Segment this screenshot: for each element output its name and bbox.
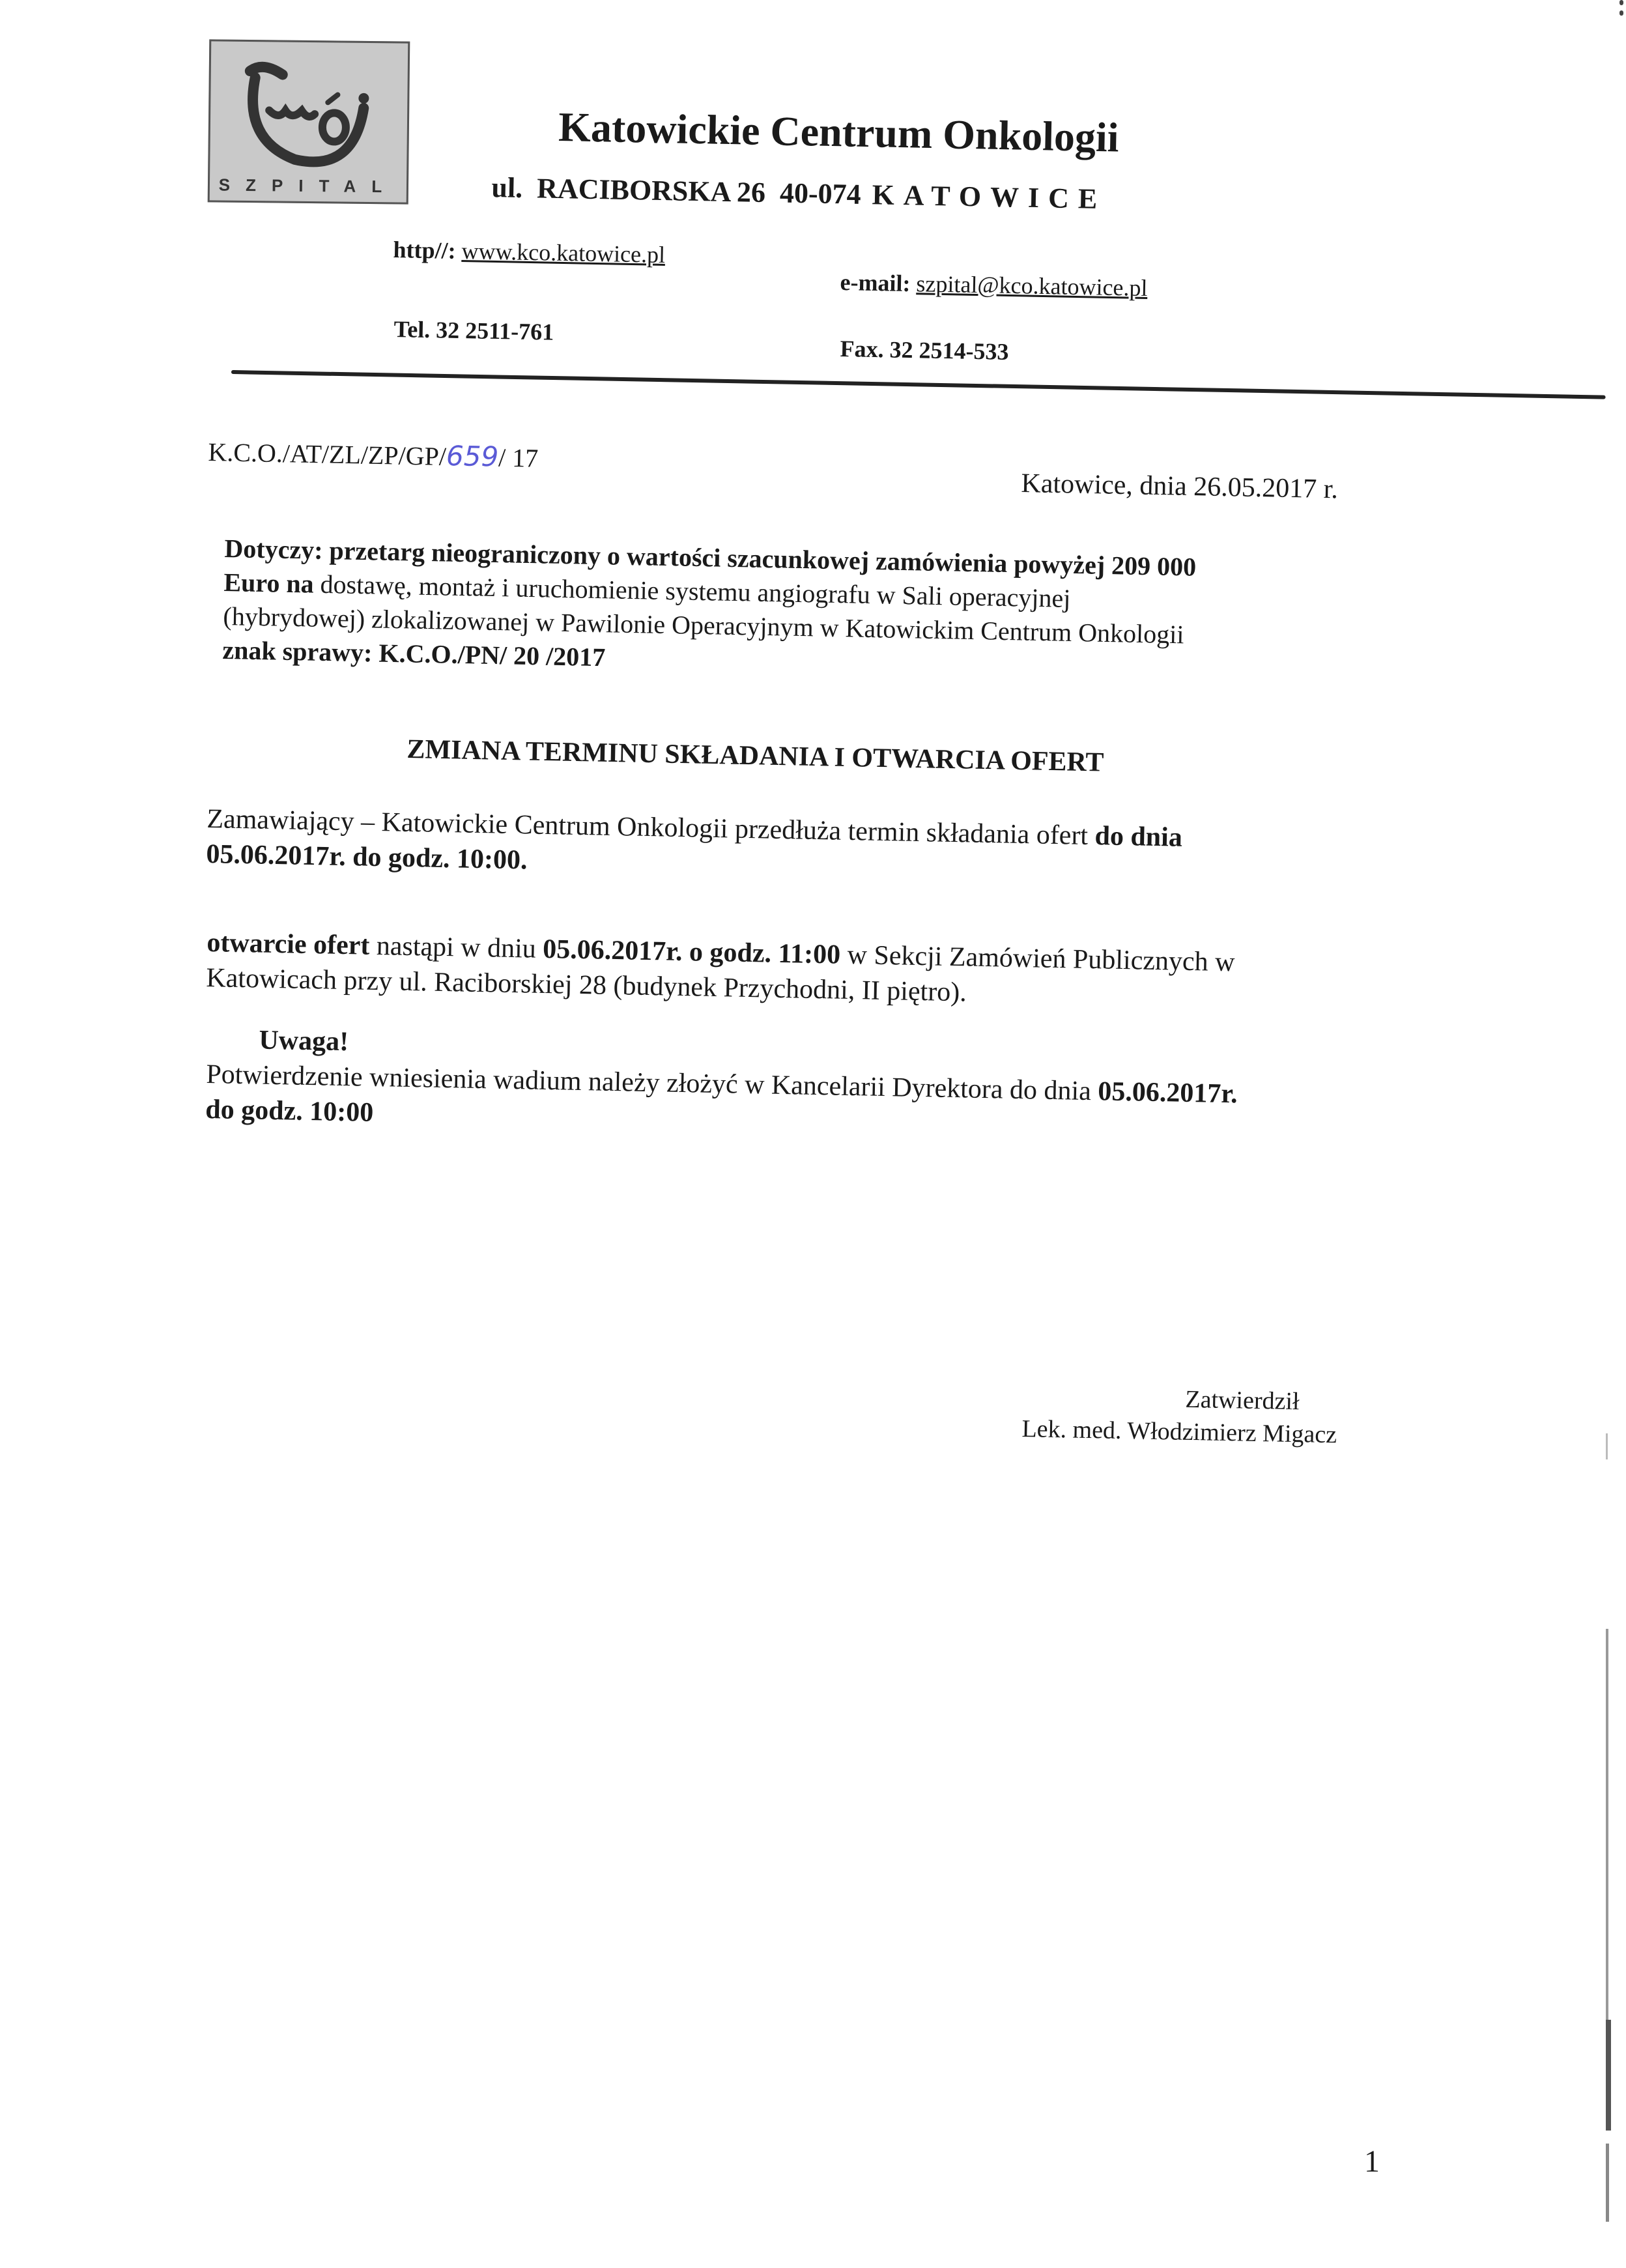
document-date: Katowice, dnia 26.05.2017 r. [1021,468,1338,505]
case-label: znak sprawy: [222,635,373,667]
logo-caption: SZPITAL [210,175,406,197]
fax-number: Fax. 32 2514-533 [840,335,1009,366]
page-number: 1 [1364,2144,1380,2179]
organization-name: Katowickie Centrum Onkologii [558,103,1120,162]
notice-heading: ZMIANA TERMINU SKŁADANIA I OTWARCIA OFER… [406,734,1104,779]
email-line: e-mail: szpital@kco.katowice.pl [840,268,1148,302]
opening-date: 05.06.2017r. o godz. 11:00 [543,934,841,970]
signature-name: Lek. med. Włodzimierz Migacz [1021,1413,1337,1451]
hospital-logo: SZPITAL [208,39,410,204]
opening-paragraph: otwarcie ofert nastąpi w dniu 05.06.2017… [206,925,1235,1015]
website-line: http//: www.kco.katowice.pl [393,236,665,268]
website-link[interactable]: www.kco.katowice.pl [461,238,665,268]
signature-block: Zatwierdził Lek. med. Włodzimierz Migacz [1021,1380,1337,1451]
subject-line-2-bold: Euro na [223,567,314,599]
reference-suffix: / 17 [498,443,539,473]
scan-artifact-edge [1605,1433,1612,2267]
address-street: RACIBORSKA 26 [537,172,766,208]
opening-text-1: nastąpi w dniu [376,931,536,964]
organization-address: ul. RACIBORSKA 26 40-074 KATOWICE [491,171,1107,216]
subject-block: Dotyczy: przetarg nieograniczony o warto… [222,532,1197,686]
case-number: K.C.O./PN/ 20 /2017 [378,639,606,672]
email-label: e-mail: [840,269,911,296]
address-city: KATOWICE [872,179,1107,215]
reference-prefix: K.C.O./AT/ZL/ZP/GP/ [208,437,446,471]
opening-bold-start: otwarcie ofert [207,928,370,961]
reference-number: K.C.O./AT/ZL/ZP/GP/659/ 17 [208,435,539,474]
opening-text-2: w Sekcji Zamówień Publicznych w [847,940,1235,977]
notice-date: 05.06.2017r. [1098,1076,1238,1109]
notice-paragraph: Uwaga! Potwierdzenie wniesienia wadium n… [205,1022,1238,1147]
email-link[interactable]: szpital@kco.katowice.pl [916,270,1148,301]
handwritten-number: 659 [446,440,499,473]
website-label: http//: [393,237,456,264]
address-prefix: ul. [491,171,523,204]
phone-number: Tel. 32 2511-761 [393,315,554,346]
deadline-paragraph: Zamawiający – Katowickie Centrum Onkolog… [206,801,1182,891]
subject-label: Dotyczy: [224,534,323,565]
smile-logo-icon [223,48,393,180]
document-page: SZPITAL Katowickie Centrum Onkologii ul.… [0,0,1626,2268]
address-postal: 40-074 [780,177,862,210]
deadline-bold: do dnia [1094,821,1182,853]
scan-artifact-top [1619,0,1625,26]
letterhead-divider [231,370,1606,399]
signature-role: Zatwierdził [1022,1380,1337,1418]
